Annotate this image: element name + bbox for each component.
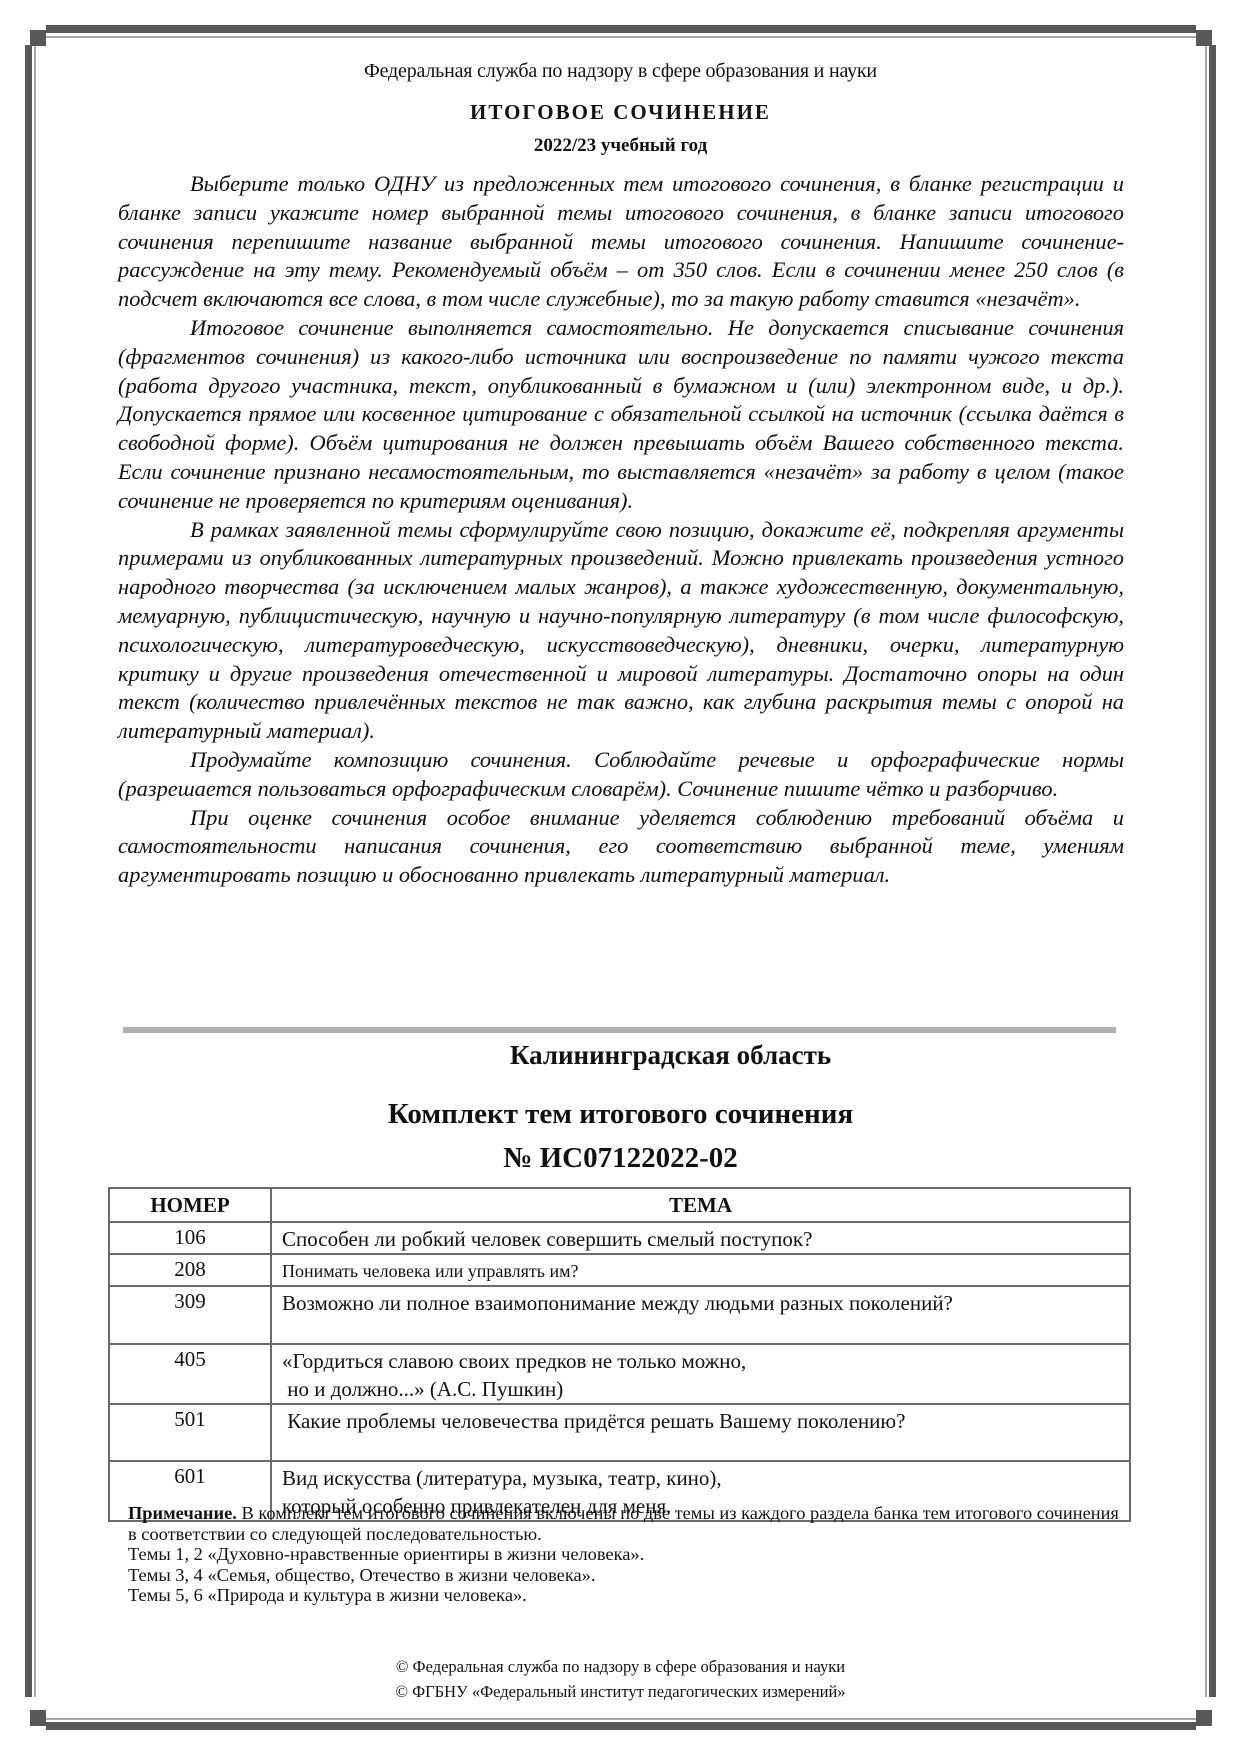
note-label: Примечание. <box>128 1503 237 1523</box>
topic-number: 106 <box>109 1222 271 1254</box>
frame-corner-tr <box>1196 30 1212 46</box>
table-row: 501 Какие проблемы человечества придётся… <box>109 1404 1130 1461</box>
topic-line: Способен ли робкий человек совершить сме… <box>282 1225 1129 1253</box>
frame-left-bar <box>25 45 32 1697</box>
topic-text: Какие проблемы человечества придётся реш… <box>271 1404 1130 1461</box>
topic-line: Вид искусства (литература, музыка, театр… <box>282 1464 1129 1492</box>
instruction-paragraph: Выберите только ОДНУ из предложенных тем… <box>118 170 1124 314</box>
table-row: 405«Гордиться славою своих предков не то… <box>109 1344 1130 1404</box>
topic-number: 208 <box>109 1254 271 1286</box>
topic-text: Способен ли робкий человек совершить сме… <box>271 1222 1130 1254</box>
frame-corner-br <box>1196 1710 1212 1726</box>
instruction-paragraph: Продумайте композицию сочинения. Соблюда… <box>118 746 1124 804</box>
topic-text: Возможно ли полное взаимопонимание между… <box>271 1286 1130 1344</box>
frame-top-line <box>33 36 1196 38</box>
frame-right-bar <box>1209 45 1216 1697</box>
frame-left-line <box>34 33 36 1697</box>
frame-corner-tl <box>30 30 46 46</box>
instruction-paragraph: В рамках заявленной темы сформулируйте с… <box>118 516 1124 746</box>
topic-line: Возможно ли полное взаимопонимание между… <box>282 1289 1129 1317</box>
topic-line: но и должно...» (А.С. Пушкин) <box>282 1375 1129 1403</box>
topic-number: 405 <box>109 1344 271 1404</box>
column-header-topic: ТЕМА <box>271 1188 1130 1222</box>
instructions: Выберите только ОДНУ из предложенных тем… <box>118 170 1124 890</box>
region-name: Калининградская область <box>0 1040 1241 1071</box>
instruction-paragraph: Итоговое сочинение выполняется самостоят… <box>118 314 1124 516</box>
topic-line: «Гордиться славою своих предков не тольк… <box>282 1347 1129 1375</box>
note-line: Темы 1, 2 «Духовно-нравственные ориентир… <box>128 1544 1128 1565</box>
note-line: Темы 3, 4 «Семья, общество, Отечество в … <box>128 1565 1128 1586</box>
note-intro: Примечание. В комплект тем итогового соч… <box>128 1503 1128 1544</box>
topic-set-title: Комплект тем итогового сочинения <box>0 1098 1241 1131</box>
table-row: 309Возможно ли полное взаимопонимание ме… <box>109 1286 1130 1344</box>
topic-line: Понимать человека или управлять им? <box>282 1257 1129 1285</box>
table-row: 208Понимать человека или управлять им? <box>109 1254 1130 1286</box>
topic-set-number: № ИС07122022-02 <box>0 1142 1241 1175</box>
column-header-number: НОМЕР <box>109 1188 271 1222</box>
table-header-row: НОМЕР ТЕМА <box>109 1188 1130 1222</box>
document-title: ИТОГОВОЕ СОЧИНЕНИЕ <box>0 100 1241 125</box>
note-text: В комплект тем итогового сочинения включ… <box>128 1503 1119 1544</box>
agency-name: Федеральная служба по надзору в сфере об… <box>0 60 1241 83</box>
frame-right-line <box>1205 33 1207 1697</box>
copyright-institute: © ФГБНУ «Федеральный институт педагогиче… <box>0 1682 1241 1702</box>
frame-corner-bl <box>30 1710 46 1726</box>
topic-text: «Гордиться славою своих предков не тольк… <box>271 1344 1130 1404</box>
topic-number: 309 <box>109 1286 271 1344</box>
topics-table: НОМЕР ТЕМА 106Способен ли робкий человек… <box>108 1187 1131 1522</box>
note-line: Темы 5, 6 «Природа и культура в жизни че… <box>128 1585 1128 1606</box>
frame-bottom-line <box>33 1718 1196 1720</box>
frame-top-bar <box>46 25 1196 33</box>
frame-bottom-bar <box>46 1722 1196 1730</box>
section-divider <box>123 1027 1116 1033</box>
table-row: 106Способен ли робкий человек совершить … <box>109 1222 1130 1254</box>
instruction-paragraph: При оценке сочинения особое внимание уде… <box>118 804 1124 890</box>
note: Примечание. В комплект тем итогового соч… <box>128 1503 1128 1606</box>
topic-text: Понимать человека или управлять им? <box>271 1254 1130 1286</box>
topic-number: 501 <box>109 1404 271 1461</box>
copyright-agency: © Федеральная служба по надзору в сфере … <box>0 1657 1241 1677</box>
topic-line: Какие проблемы человечества придётся реш… <box>282 1407 1129 1435</box>
academic-year: 2022/23 учебный год <box>0 135 1241 157</box>
